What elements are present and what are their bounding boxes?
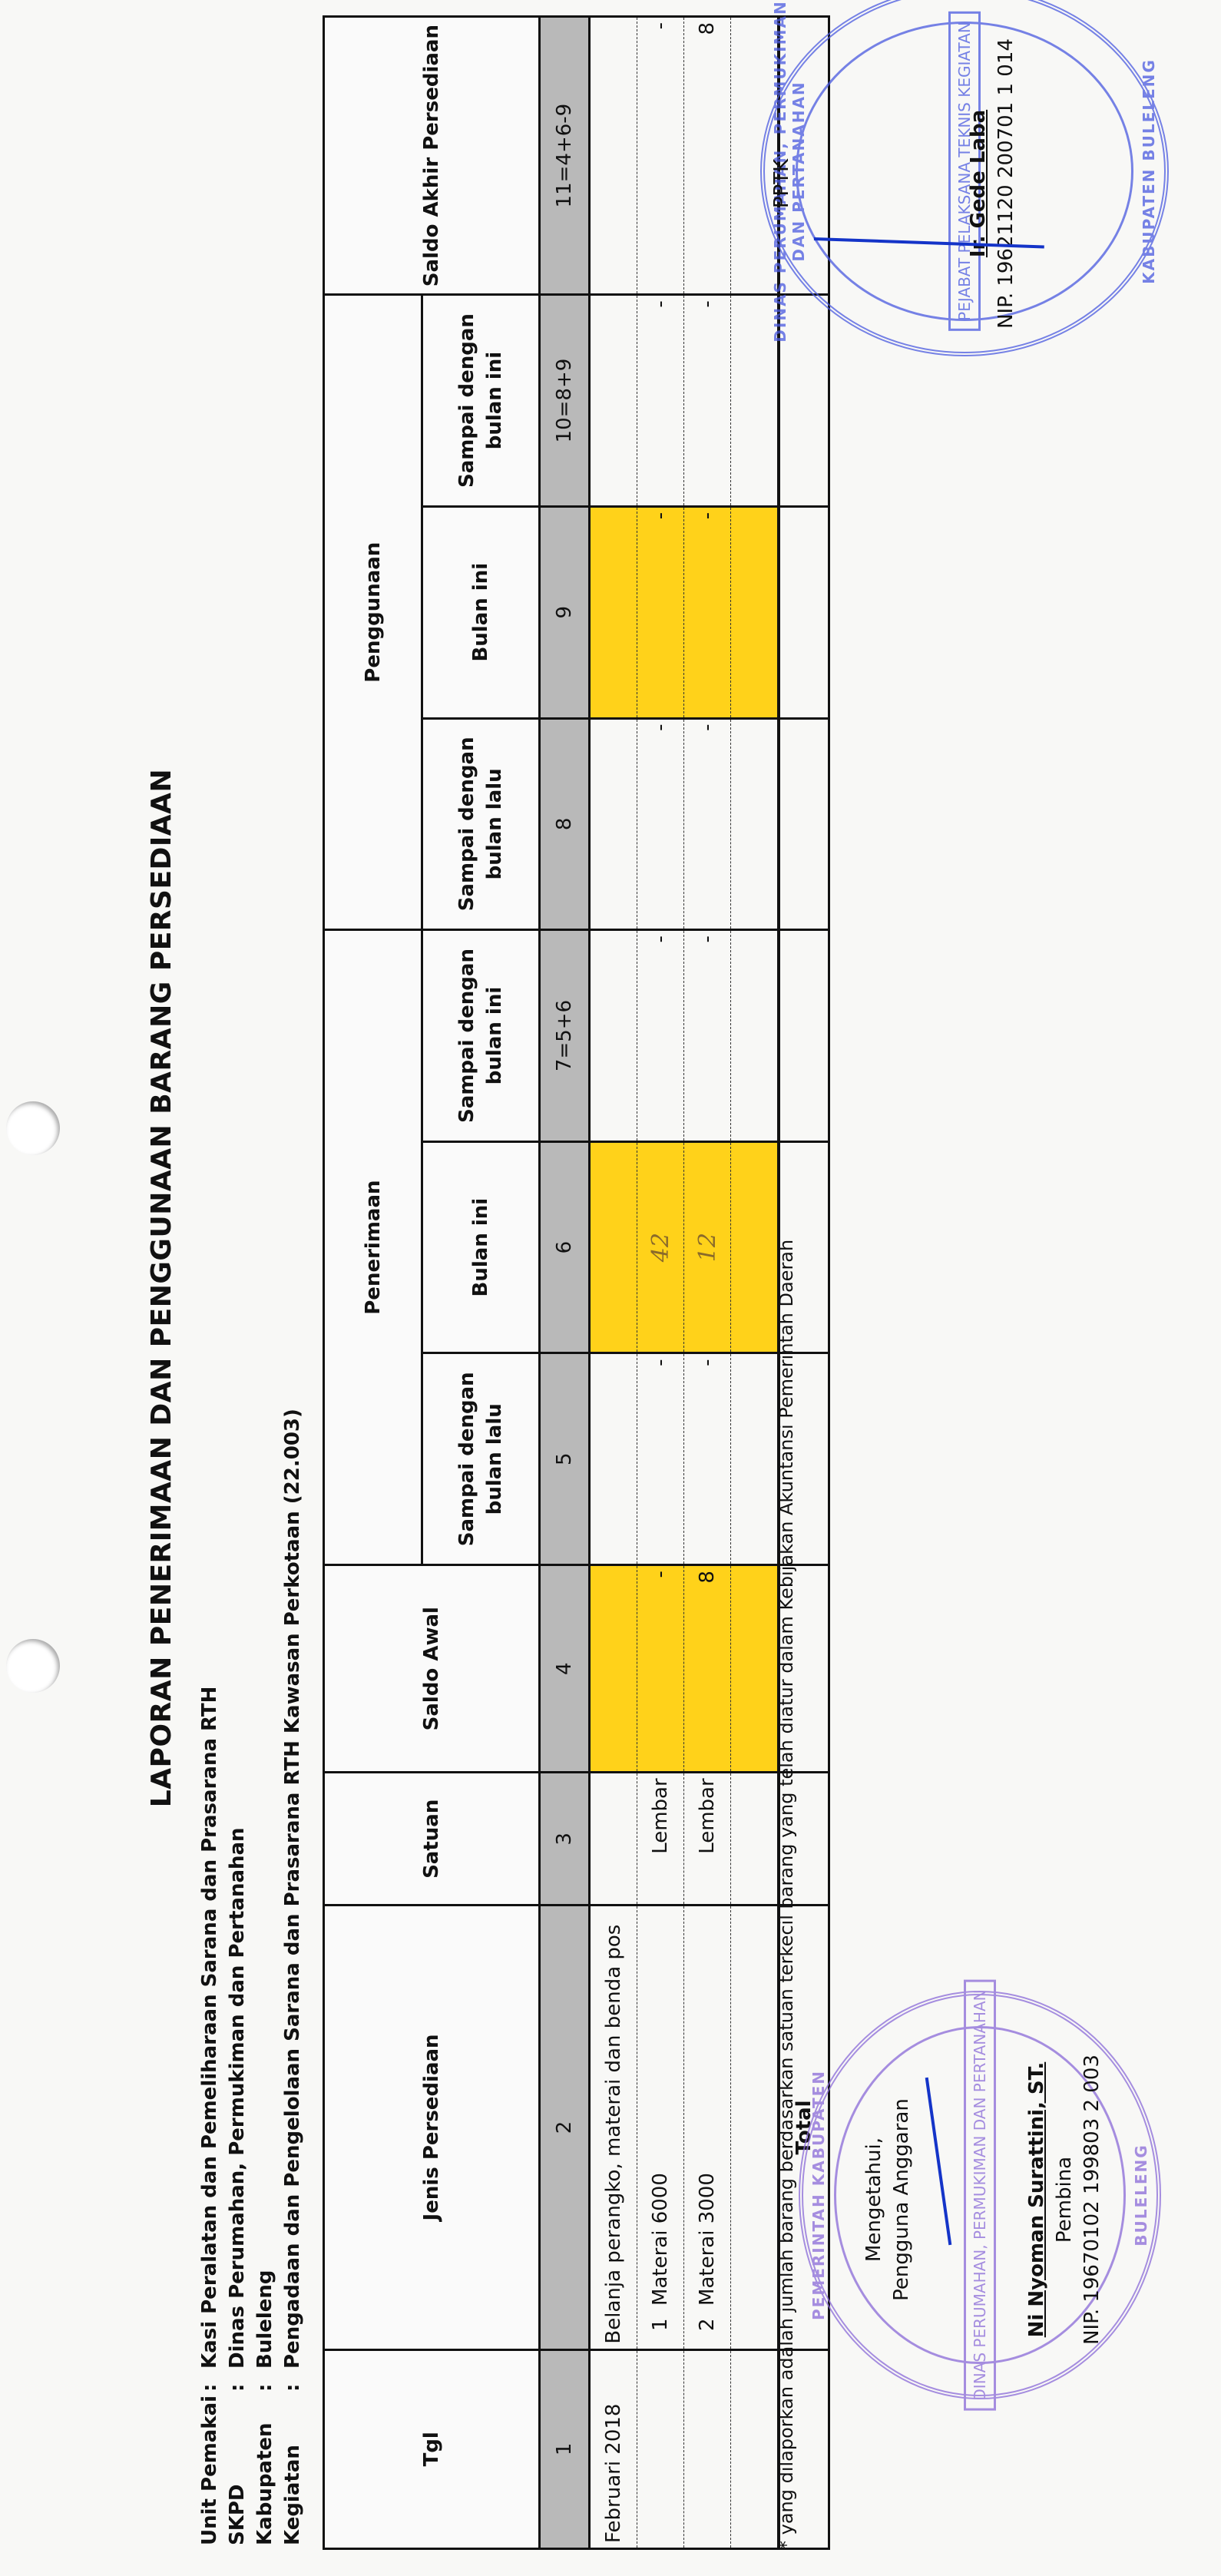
col-jenis: Jenis Persediaan: [324, 1906, 540, 2349]
col-penerimaan-bulan-ini: Bulan ini: [422, 1141, 540, 1353]
signature-block-left: Mengetahui, Pengguna Anggaran Ni Nyoman …: [860, 1985, 1106, 2415]
table-row-empty: [731, 17, 779, 2549]
signer-name-left: Ni Nyoman Surattini, ST.: [1023, 1985, 1051, 2415]
signer-name-right: Ir. Gede Laba: [965, 3, 992, 364]
col-satuan: Satuan: [324, 1773, 540, 1906]
footnote: * yang dilaporkan adalah jumlah barang b…: [776, 1240, 797, 2550]
col-penggunaan-sd-ini: Sampai dengan bulan ini: [422, 295, 540, 507]
info-row-skpd: SKPD:Dinas Perumahan, Permukiman dan Per…: [223, 1409, 251, 2545]
col-saldo-awal: Saldo Awal: [324, 1565, 540, 1773]
col-tgl: Tgl: [324, 2349, 540, 2548]
col-penggunaan-bulan-ini: Bulan ini: [422, 506, 540, 718]
report-info: Unit Pemakai:Kasi Peralatan dan Pemeliha…: [196, 1409, 306, 2545]
cell-item: 2 Materai 3000: [684, 1906, 731, 2349]
header-row: Tgl Jenis Persediaan Satuan Saldo Awal P…: [324, 17, 422, 2549]
info-row-unit: Unit Pemakai:Kasi Peralatan dan Pemeliha…: [196, 1409, 223, 2545]
cell-item: 1 Materai 6000: [637, 1906, 684, 2349]
punch-hole: [6, 1639, 60, 1693]
signer-nip-left: NIP. 19670102 199803 2 003: [1078, 1985, 1106, 2415]
col-saldo-akhir: Saldo Akhir Persediaan: [324, 17, 540, 295]
cell-group-name: Belanja perangko, materai dan benda pos: [590, 1906, 637, 2349]
col-group-penerimaan: Penerimaan: [324, 930, 422, 1565]
punch-hole: [6, 1101, 60, 1155]
column-number-row: 1 2 3 4 5 6 7=5+6 8 9 10=8+9 11=4+6-9: [540, 17, 590, 2549]
signer-nip-right: NIP. 19621120 200701 1 014: [992, 3, 1020, 364]
col-penerimaan-sd-ini: Sampai dengan bulan ini: [422, 930, 540, 1142]
table-row: 1 Materai 6000 Lembar - - 42 - - - - -: [637, 17, 684, 2549]
signature-scribble: [915, 1985, 1023, 2415]
signature-block-right: PPTK Ir. Gede Laba NIP. 19621120 200701 …: [768, 3, 1020, 364]
col-penerimaan-sd-lalu: Sampai dengan bulan lalu: [422, 1353, 540, 1565]
inventory-table: Tgl Jenis Persediaan Satuan Saldo Awal P…: [323, 15, 830, 2550]
handwritten-value: 42: [637, 1141, 684, 1353]
col-penggunaan-sd-lalu: Sampai dengan bulan lalu: [422, 718, 540, 930]
table-row: 2 Materai 3000 Lembar 8 - 12 - - - - 8: [684, 17, 731, 2549]
signature-scribble: [796, 3, 965, 364]
table-row-group: Februari 2018 Belanja perangko, materai …: [590, 17, 637, 2549]
handwritten-value: 12: [684, 1141, 731, 1353]
info-row-kabupaten: Kabupaten:Buleleng: [251, 1409, 279, 2545]
report-title: LAPORAN PENERIMAAN DAN PENGGUNAAN BARANG…: [146, 0, 177, 2576]
scanned-document: LAPORAN PENERIMAAN DAN PENGGUNAAN BARANG…: [0, 0, 1221, 2576]
info-row-kegiatan: Kegiatan:Pengadaan dan Pengelolaan Saran…: [279, 1409, 306, 2545]
col-group-penggunaan: Penggunaan: [324, 295, 422, 930]
cell-tgl: Februari 2018: [590, 2349, 637, 2548]
